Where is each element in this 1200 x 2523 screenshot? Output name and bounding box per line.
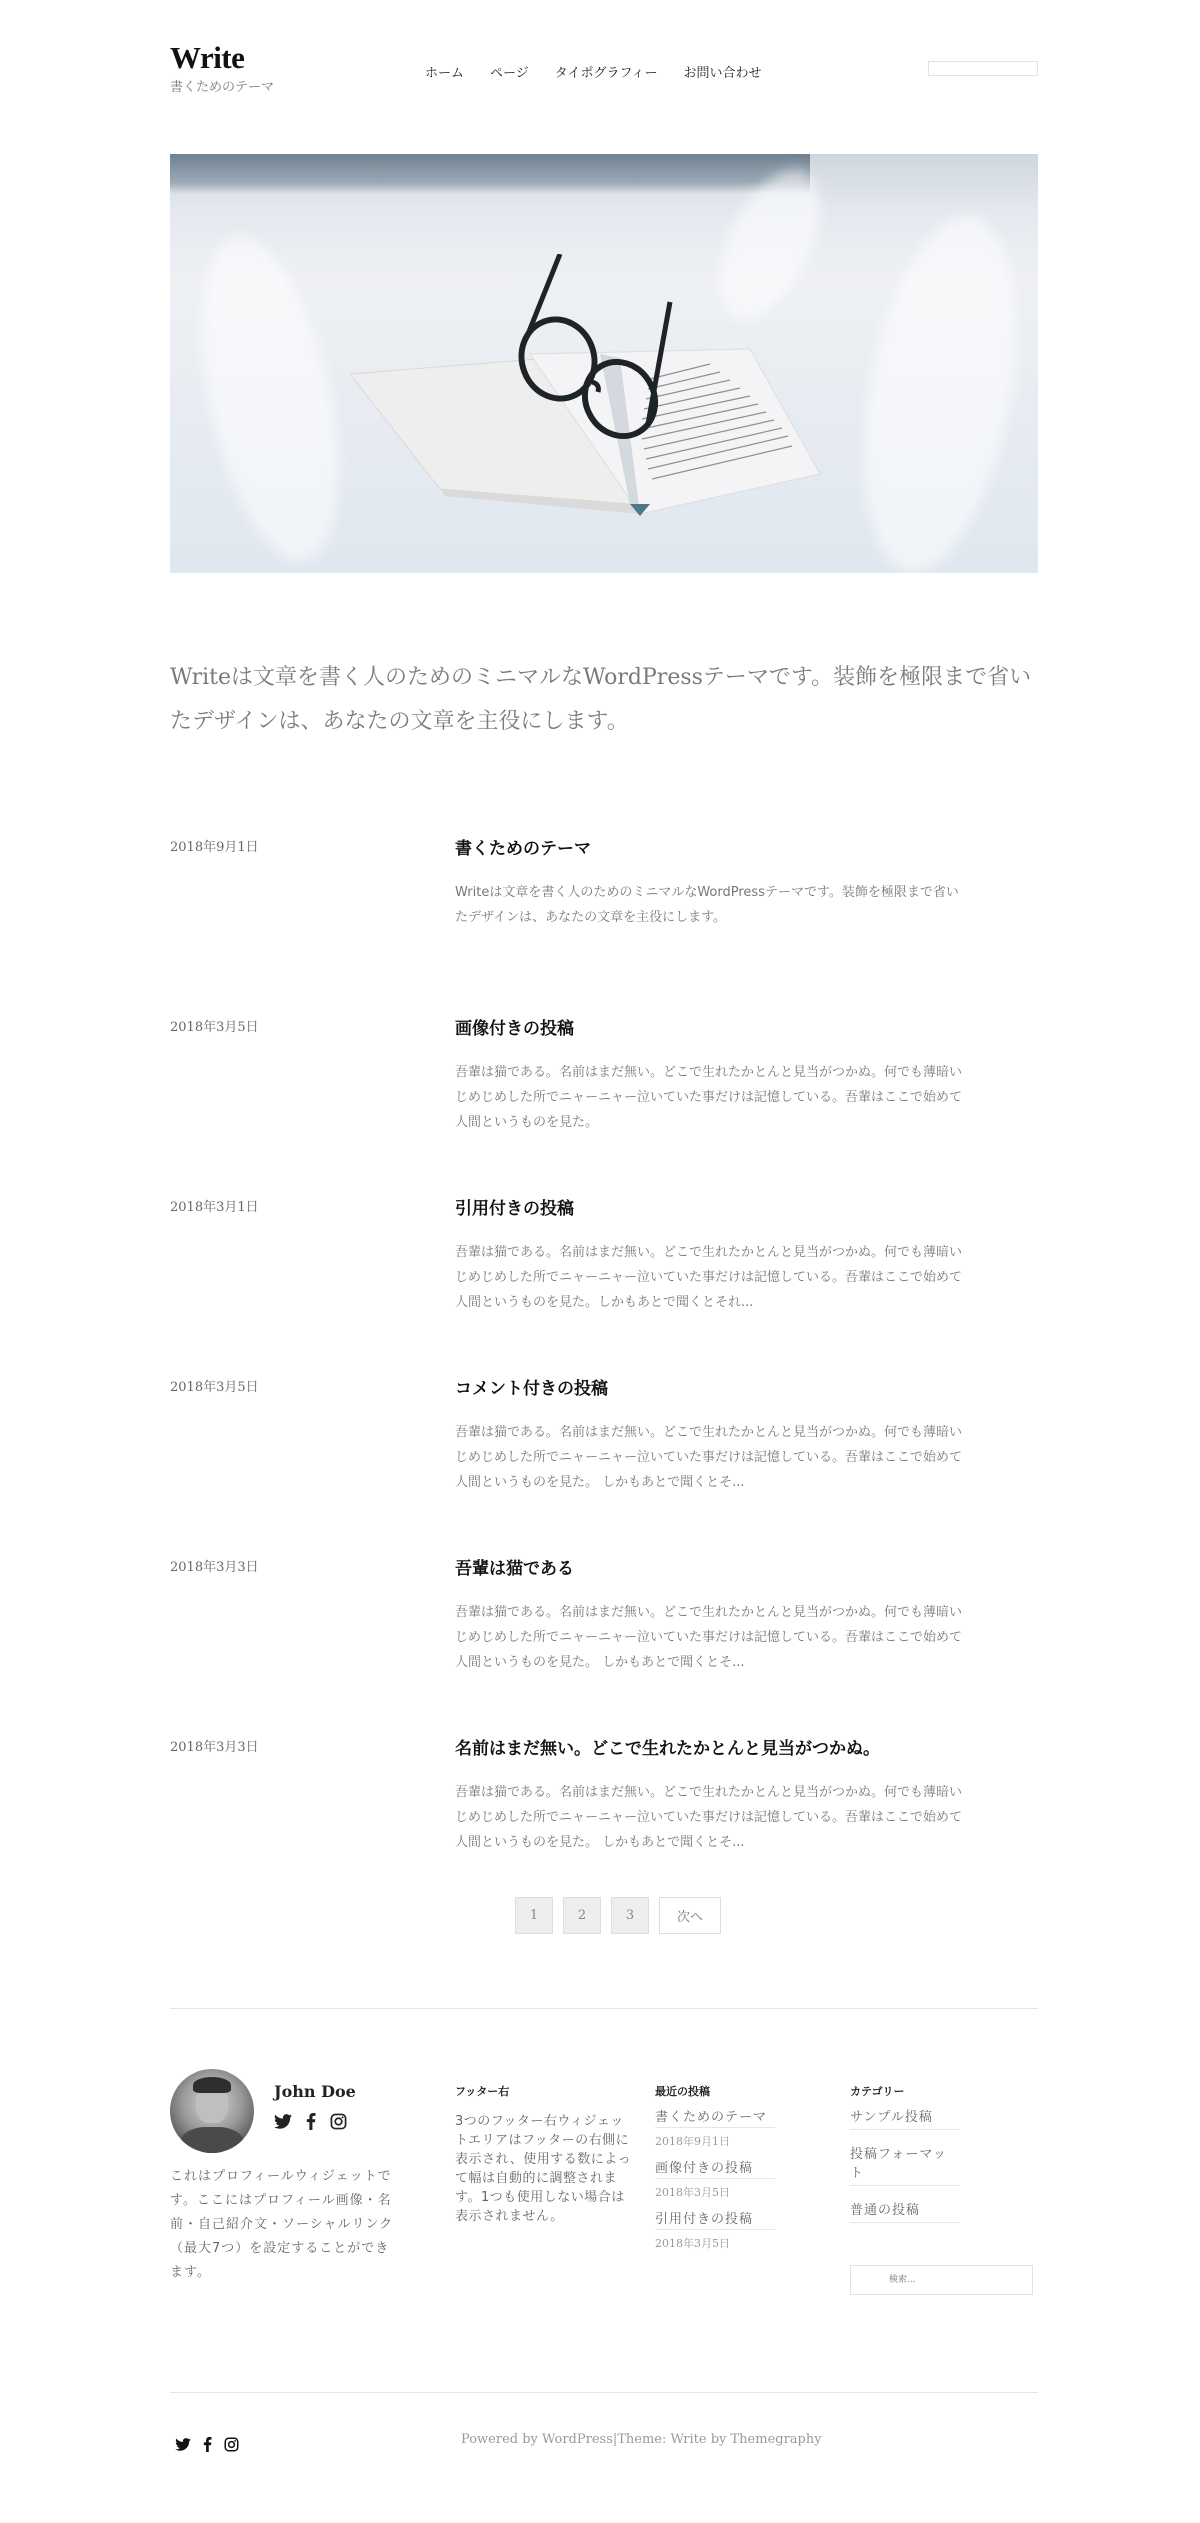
post-title[interactable]: 名前はまだ無い。どこで生れたかとんと見当がつかぬ。 [455,1734,880,1759]
post-excerpt: 吾輩は猫である。名前はまだ無い。どこで生れたかとんと見当がつかぬ。何でも薄暗いじ… [455,1420,970,1495]
twitter-icon[interactable] [175,2438,191,2451]
recent-post-date: 2018年9月1日 [655,2133,775,2149]
post-title[interactable]: 吾輩は猫である [455,1554,574,1579]
instagram-icon[interactable] [330,2113,347,2130]
post-excerpt: Writeは文章を書く人のためのミニマルなWordPressテーマです。装飾を極… [455,880,970,930]
footer-credits[interactable]: Powered by WordPress|Theme: Write by The… [461,2432,822,2447]
post-date[interactable]: 2018年3月5日 [170,1016,259,1035]
post-excerpt: 吾輩は猫である。名前はまだ無い。どこで生れたかとんと見当がつかぬ。何でも薄暗いじ… [455,1060,970,1135]
profile-social-links [274,2113,347,2130]
recent-post-item: 引用付きの投稿 2018年3月5日 [655,2208,775,2251]
twitter-icon[interactable] [274,2114,292,2129]
bottom-divider [170,2392,1038,2393]
main-nav: ホーム ページ タイポグラフィー お問い合わせ [425,62,761,81]
instagram-icon[interactable] [224,2437,239,2452]
post-title[interactable]: 引用付きの投稿 [455,1194,574,1219]
post-title[interactable]: 画像付きの投稿 [455,1014,574,1039]
profile-name: John Doe [274,2082,356,2101]
nav-item-home[interactable]: ホーム [425,62,464,81]
category-link[interactable]: 普通の投稿 [850,2199,960,2223]
recent-post-link[interactable]: 書くためのテーマ [655,2106,775,2128]
category-link[interactable]: 投稿フォーマット [850,2143,960,2186]
page-2-button[interactable]: 2 [563,1897,601,1934]
hero-blanket [170,154,810,194]
next-page-button[interactable]: 次へ [659,1897,721,1934]
post-title[interactable]: 書くためのテーマ [455,834,591,859]
pagination: 1 2 3 次へ [515,1897,721,1934]
post-excerpt: 吾輩は猫である。名前はまだ無い。どこで生れたかとんと見当がつかぬ。何でも薄暗いじ… [455,1600,970,1675]
facebook-icon[interactable] [306,2113,316,2130]
footer-right-title: フッター右 [455,2083,509,2099]
intro-text: Writeは文章を書く人のためのミニマルなWordPressテーマです。装飾を極… [170,656,1038,744]
bottom-social-links [175,2437,239,2452]
post-excerpt: 吾輩は猫である。名前はまだ無い。どこで生れたかとんと見当がつかぬ。何でも薄暗いじ… [455,1780,970,1855]
post-date[interactable]: 2018年3月3日 [170,1736,259,1755]
footer-divider [170,2008,1038,2009]
categories-list: サンプル投稿 投稿フォーマット 普通の投稿 [850,2106,960,2236]
header-search-input[interactable] [928,61,1038,76]
profile-bio: これはプロフィールウィジェットです。ここにはプロフィール画像・名前・自己紹介文・… [170,2165,400,2285]
post-date[interactable]: 2018年3月1日 [170,1196,259,1215]
recent-posts-list: 書くためのテーマ 2018年9月1日 画像付きの投稿 2018年3月5日 引用付… [655,2106,775,2259]
nav-item-page[interactable]: ページ [490,62,529,81]
site-title[interactable]: Write [170,40,244,76]
post-date[interactable]: 2018年3月5日 [170,1376,259,1395]
nav-item-contact[interactable]: お問い合わせ [683,62,761,81]
footer-search-input[interactable] [850,2265,1033,2295]
recent-post-link[interactable]: 引用付きの投稿 [655,2208,775,2230]
category-link[interactable]: サンプル投稿 [850,2106,960,2130]
recent-post-date: 2018年3月5日 [655,2184,775,2200]
facebook-icon[interactable] [203,2437,212,2452]
avatar [170,2069,254,2153]
recent-posts-title: 最近の投稿 [655,2083,710,2099]
book-glasses-illustration [330,254,850,534]
post-title[interactable]: コメント付きの投稿 [455,1374,608,1399]
post-excerpt: 吾輩は猫である。名前はまだ無い。どこで生れたかとんと見当がつかぬ。何でも薄暗いじ… [455,1240,970,1315]
recent-post-link[interactable]: 画像付きの投稿 [655,2157,775,2179]
categories-title: カテゴリー [850,2083,905,2099]
site-description: 書くためのテーマ [170,76,274,95]
nav-item-typography[interactable]: タイポグラフィー [555,62,658,81]
post-date[interactable]: 2018年3月3日 [170,1556,259,1575]
page-1-button[interactable]: 1 [515,1897,553,1934]
page-3-button[interactable]: 3 [611,1897,649,1934]
post-date[interactable]: 2018年9月1日 [170,836,259,855]
recent-post-date: 2018年3月5日 [655,2235,775,2251]
footer-right-text: 3つのフッター右ウィジェットエリアはフッターの右側に表示され、使用する数によって… [455,2112,635,2226]
hero-image [170,154,1038,573]
hero-fold [840,205,1038,573]
recent-post-item: 画像付きの投稿 2018年3月5日 [655,2157,775,2200]
recent-post-item: 書くためのテーマ 2018年9月1日 [655,2106,775,2149]
